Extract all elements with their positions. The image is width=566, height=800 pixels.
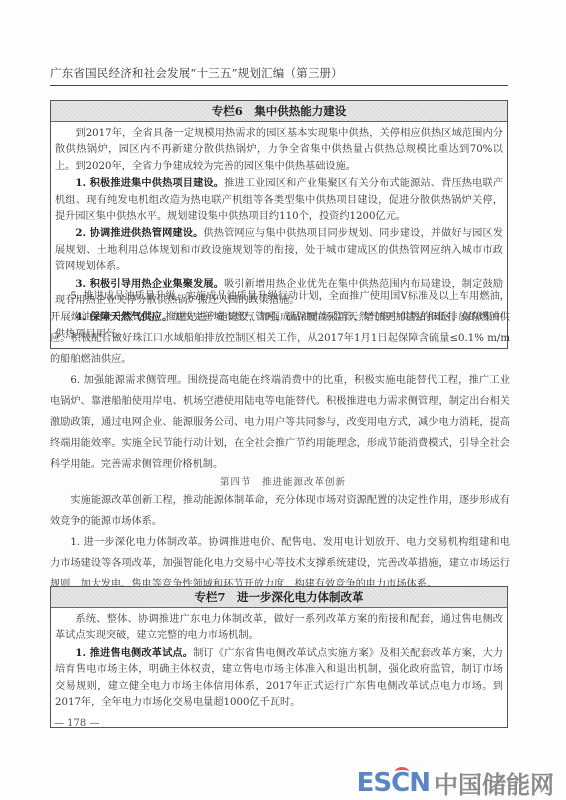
page-number: — 178 — <box>54 718 99 729</box>
bold-lead: 1. 推进售电侧改革试点。 <box>75 647 193 659</box>
header-rule <box>50 85 508 86</box>
box-title: 专栏6 集中供热能力建设 <box>51 101 507 122</box>
watermark-latin: ESCN <box>357 768 430 798</box>
box-title: 专栏7 进一步深化电力体制改革 <box>51 587 507 608</box>
watermark-chinese: 中国储能网 <box>434 765 554 800</box>
logo-arc-icon <box>395 767 409 776</box>
bold-lead: 1. 积极推进集中供热项目建设。 <box>75 177 224 189</box>
box-paragraph: 系统、整体、协调推进广东电力体制改革，做好一系列改革方案的衔接和配套，通过售电侧… <box>55 611 503 645</box>
box-paragraph: 到2017年，全省具备一定规模用热需求的园区基本实现集中供热，关停相应供热区域范… <box>55 125 503 175</box>
body-paragraph-5: 5. 推进成品油质量升级。实施成品油质量升级行动计划，全面推广使用国Ⅴ标准及以上… <box>50 286 510 370</box>
sidebar-box-7: 专栏7 进一步深化电力体制改革 系统、整体、协调推进广东电力体制改革，做好一系列… <box>50 586 508 728</box>
bold-lead: 2. 协调推进供热管网建设。 <box>75 227 203 239</box>
box-body: 系统、整体、协调推进广东电力体制改革，做好一系列改革方案的衔接和配套，通过售电侧… <box>51 608 507 727</box>
paragraph-text: 到2017年，全省具备一定规模用热需求的园区基本实现集中供热，关停相应供热区域范… <box>55 128 503 172</box>
box-paragraph: 2. 协调推进供热管网建设。供热管网应与集中供热项目同步规划、同步建设，并做好与… <box>55 225 503 275</box>
section-heading: 第四节 推进能源改革创新 <box>0 474 566 488</box>
box-paragraph: 1. 推进售电侧改革试点。制订《广东省售电侧改革试点实施方案》及相关配套改革方案… <box>55 645 503 712</box>
watermark-logo: ESCN 中国储能网 <box>357 765 554 800</box>
box-paragraph: 1. 积极推进集中供热项目建设。推进工业园区和产业集聚区有关分布式能源站、背压热… <box>55 175 503 225</box>
paragraph-text: 系统、整体、协调推进广东电力体制改革，做好一系列改革方案的衔接和配套，通过售电侧… <box>55 614 503 641</box>
running-header: 广东省国民经济和社会发展“十三五”规划汇编（第三册） <box>50 65 343 81</box>
document-page: 广东省国民经济和社会发展“十三五”规划汇编（第三册） 专栏6 集中供热能力建设 … <box>0 0 566 800</box>
body-paragraph-6: 6. 加强能源需求侧管理。围绕提高电能在终端消费中的比重，积极实施电能替代工程，… <box>50 370 510 475</box>
section-intro-paragraph: 实施能源改革创新工程，推动能源体制革命，充分体现市场对资源配置的决定性作用，逐步… <box>50 490 510 532</box>
